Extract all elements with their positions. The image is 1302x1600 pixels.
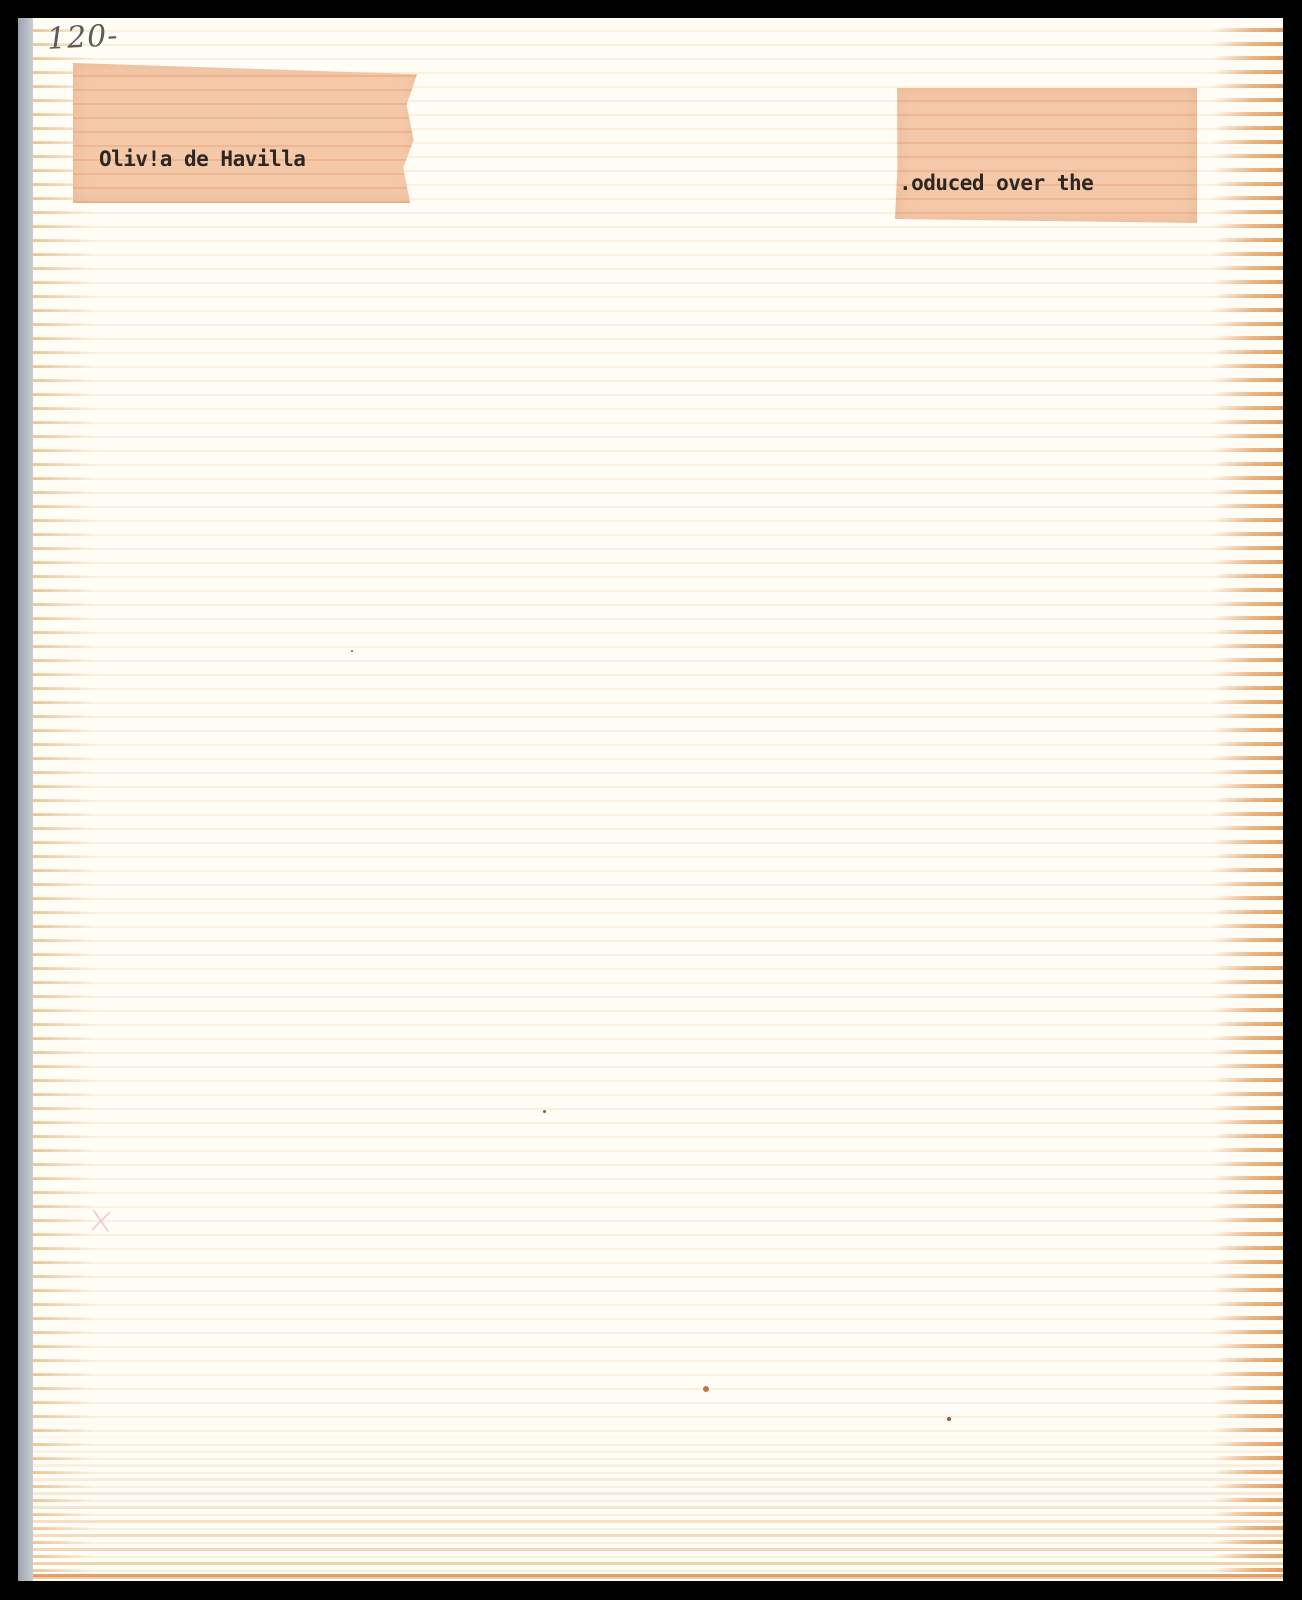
bottom-edge-fibers — [33, 1411, 1283, 1581]
caption-line: Oliv!a de Havilla — [99, 147, 318, 171]
photo-back-paper: 120- Oliv!a de Havilla public address sy… — [33, 18, 1283, 1581]
caption-text-left: Oliv!a de Havilla public address sy swim… — [99, 99, 318, 203]
photo-frame: 120- Oliv!a de Havilla public address sy… — [0, 0, 1302, 1600]
right-edge-fibers — [1213, 18, 1283, 1581]
paper-speck — [351, 650, 353, 652]
paper-texture — [33, 18, 1283, 1581]
caption-line: .oduced over the — [899, 171, 1105, 195]
caption-text-right: .oduced over the d the pre-Olympic — [899, 123, 1105, 223]
bottom-edge-line — [33, 1574, 1283, 1577]
pink-pencil-mark — [88, 1208, 114, 1234]
caption-clipping-left: Oliv!a de Havilla public address sy swim… — [73, 63, 417, 203]
handwritten-annotation: 120- — [46, 18, 119, 57]
paper-speck — [703, 1386, 709, 1392]
caption-clipping-right: .oduced over the d the pre-Olympic — [895, 88, 1197, 223]
paper-speck — [543, 1110, 546, 1113]
left-edge-fibers — [33, 18, 93, 1581]
paper-speck — [947, 1417, 951, 1421]
scan-edge-strip — [18, 18, 34, 1581]
